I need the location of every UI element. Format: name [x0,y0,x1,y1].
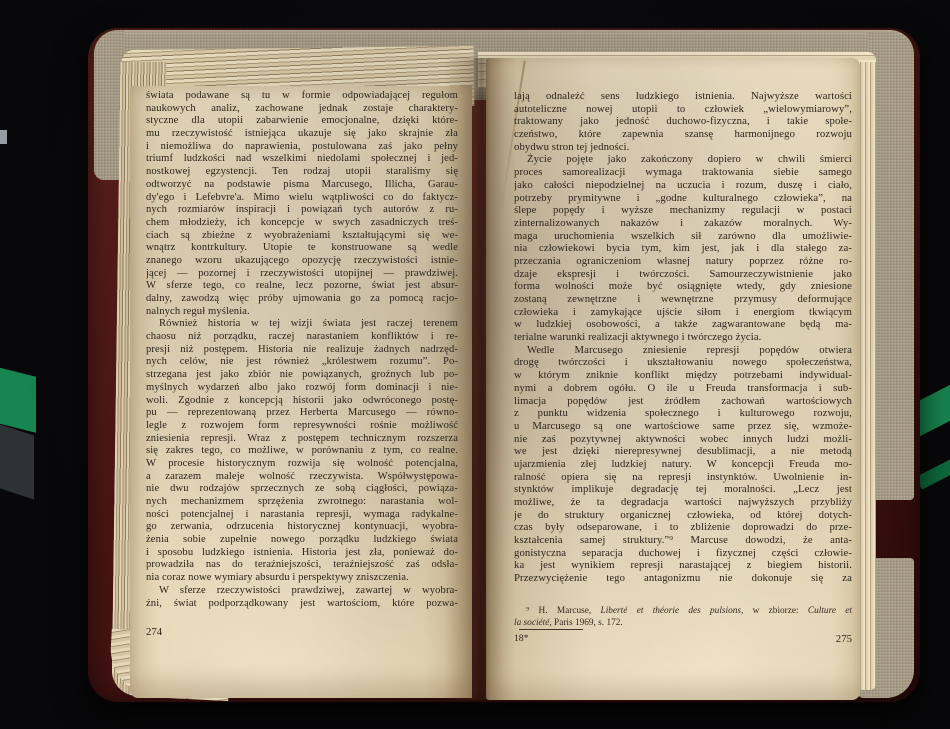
text-line: w którym zniknie konflikt między potrzeb… [514,369,852,382]
text-line: nych mechanizmem sprzężenia zwrotnego: n… [146,496,458,509]
text-line: lają odnaleźć sens ludzkiego istnienia. … [514,90,852,103]
text-line: dy'ego i Lefebvre'a. Mimo wielu wątpliwo… [146,192,458,205]
text-line: ności potencjalnej i narastania represji… [146,509,458,522]
text-line: triumf ludzkości nad wszelkimi niedolami… [146,153,458,166]
text-line: naukowych analiz, zachowane jednak zosta… [146,103,458,116]
text-line: W procesie historycznym rozwija się woln… [146,458,458,471]
text-line: Wedle Marcusego zniesienie represji popę… [514,344,852,357]
left-page-number: 274 [146,626,162,638]
text-line: i niemożliwa do naprawienia, postulowana… [146,141,458,154]
text-line: ralność opiera się na represji instynktó… [514,471,852,484]
text-line: limacja popędów jest źródłem zachowań wa… [514,395,852,408]
text-line: stynktów implikuje degradację tej moraln… [514,483,852,496]
text-line: drogę twórczości i ukształtowaniu nowego… [514,356,852,369]
text-line: nych rozmiarów inspiracji i powiązań tyc… [146,204,458,217]
text-line: zniesienia represji. Wraz z postępem tec… [146,433,458,446]
text-line: zostaną zewnętrzne i wewnętrzne przymusy… [514,293,852,306]
text-line: czeństwo, które zapewnia szansę harmonij… [514,128,852,141]
text-line: ka jest wynikiem represji narastającej z… [514,559,852,572]
grey-object-left [0,421,34,500]
text-line: go zerwania, odrzucenia historycznej kon… [146,521,458,534]
text-line: nia coraz nowe wymiary absurdu i perspek… [146,572,458,585]
text-line: maga uruchomienia wszelkich sił zarówno … [514,230,852,243]
text-line: w ludzkiej osobowości, a także zagwarant… [514,318,852,331]
text-line: presji niż postępem. Historia nie realiz… [146,344,458,357]
left-page-text: świata podawane są tu w formie odpowiada… [146,90,458,610]
text-line: kształcenia samej struktury.”⁹ Marcuse d… [514,534,852,547]
text-line: jako całości niepodzielnej na uczucia i … [514,179,852,192]
text-line: forma wolności może być osiągnięte wtedy… [514,280,852,293]
text-line: obydwu stron tej jedności. [514,141,852,154]
footnote-italic-segment: Liberté et théorie des pulsions [601,606,742,616]
text-line: świata podawane są tu w formie odpowiada… [146,90,458,103]
text-line: źni, świat podporządkowany jest wartości… [146,598,458,611]
text-line: nie dwu rodzajów sprzecznych ze sobą cią… [146,483,458,496]
text-line: żenia sobie zupełnie nowego porządku lud… [146,534,458,547]
footnote: ⁹ H. Marcuse, Liberté et théorie des pul… [514,606,852,629]
text-line: znanego wzoru ukazującego opozycję rzecz… [146,255,458,268]
text-line: W sferze rzeczywistości prawdziwej, zawa… [146,585,458,598]
text-line: pu — reprezentowaną przez Herberta Marcu… [146,407,458,420]
text-line: chem młodzieży, ich koncepcje w swych za… [146,217,458,230]
text-line: we jest dzięki nierepresywnej desublimac… [514,445,852,458]
text-line: terialne warunki realizacji aktywnego i … [514,331,852,344]
text-line: proces samorealizacji wymaga traktowania… [514,166,852,179]
text-line: z punktu widzenia społecznego i kulturow… [514,407,852,420]
text-line: mu rzeczywistość istniejąca ukazuje się … [146,128,458,141]
text-line: u Marcusego są one wartościowe same prze… [514,420,852,433]
signature-mark: 18* [514,633,528,645]
text-line: przeczania ograniczeniom własnej natury … [514,255,852,268]
text-line: je do struktury organicznej człowieka, o… [514,509,852,522]
text-line: woli. Zgodnie z koncepcją historii jako … [146,395,458,408]
text-line: czas były odseparowane, i to zbliżenie d… [514,521,852,534]
text-line: nymi a dobrem ogółu. O ile u Freuda tran… [514,382,852,395]
text-line: dalny, zawodzą więc próby ujmowania go z… [146,293,458,306]
text-line: autoteliczne nowej utopii to człowiek „w… [514,103,852,116]
open-book: świata podawane są tu w formie odpowiada… [88,28,920,702]
footnote-italic-segment: Culture et [808,606,852,616]
text-line: styczne dla utopii zabarwienie emocjonal… [146,115,458,128]
book-photo: świata podawane są tu w formie odpowiada… [0,0,950,729]
footnote-line: la société, Paris 1969, s. 172. [514,618,852,630]
grey-sliver-left [0,130,7,144]
text-line: a zarazem maleje wolność rzeczywista. Ws… [146,471,458,484]
text-line: nalnych reguł myślenia. [146,306,458,319]
text-line: człowieka i zamykające ujście siłom i en… [514,306,852,319]
text-line: gonistyczna separacja duchowej i fizyczn… [514,547,852,560]
text-line: możliwe, że ta degradacja wartości najwy… [514,496,852,509]
footnote-italic-segment: la société [514,618,549,628]
text-line: ślepe popędy i wyższe mechanizmy regulac… [514,204,852,217]
text-line: myślnych wydarzeń albo jako rozwój form … [146,382,458,395]
right-page-text: lają odnaleźć sens ludzkiego istnienia. … [514,90,852,585]
green-object-right-small [916,454,950,489]
text-line: wnątrz kontrkultury. Utopie te konstruow… [146,242,458,255]
text-line: Również historia w tej wizji świata jest… [146,318,458,331]
text-line: legle z rozwojem form represywności rośn… [146,420,458,433]
text-line: Przezwyciężenie tego antagonizmu nie dok… [514,572,852,585]
footnote-text-segment: , Paris 1969, s. 172. [549,618,622,628]
footnote-text-segment: , w zbiorze: [741,606,808,616]
right-page-number: 275 [836,633,852,645]
footnote-line: ⁹ H. Marcuse, Liberté et théorie des pul… [514,606,852,618]
text-line: ujarzmienia złej ludzkiej natury. W konc… [514,458,852,471]
text-line: i sposobu ludzkiego istnienia. Historia … [146,547,458,560]
text-line: Życie pojęte jako zakończony dopiero w c… [514,153,852,166]
text-line: dzaje ekspresji i twórczości. Samourzecz… [514,268,852,281]
text-line: nie zaś pozytywnej aktywności wobec inny… [514,433,852,446]
text-line: jącej — pozornej i rzeczywistości utopij… [146,268,458,281]
right-page-footer: 18* 275 [514,633,852,645]
text-line: zinternalizowanych nakazów i zakazów mor… [514,217,852,230]
text-line: traktowany jako jedność duchowo-fizyczna… [514,115,852,128]
text-line: ciach są zbieżne z wyobrażeniami kształt… [146,230,458,243]
text-line: nych celów, nie jest również „królestwem… [146,356,458,369]
text-line: nostkowej egzystencji. Ten rodzaj utopii… [146,166,458,179]
footnote-text-segment: ⁹ H. Marcuse, [526,606,601,616]
text-line: nia człowiekowi bycia tym, kim jest, jak… [514,242,852,255]
page-edges-right [858,62,876,690]
text-line: prowadziła nas do teraźniejszości, teraź… [146,559,458,572]
text-line: potrzeby prymitywne i „godne kulturalneg… [514,192,852,205]
text-line: W sferze tego, co realne, lecz pozorne, … [146,280,458,293]
text-line: strzegana jest jako zbiór nie powiązanyc… [146,369,458,382]
text-line: odtworzyć na podstawie pisma Marcusego, … [146,179,458,192]
text-line: się zakres tego, co możliwe, w porównani… [146,445,458,458]
green-object-left [0,365,36,432]
text-line: chaosu niż porządku, raczej narastaniem … [146,331,458,344]
